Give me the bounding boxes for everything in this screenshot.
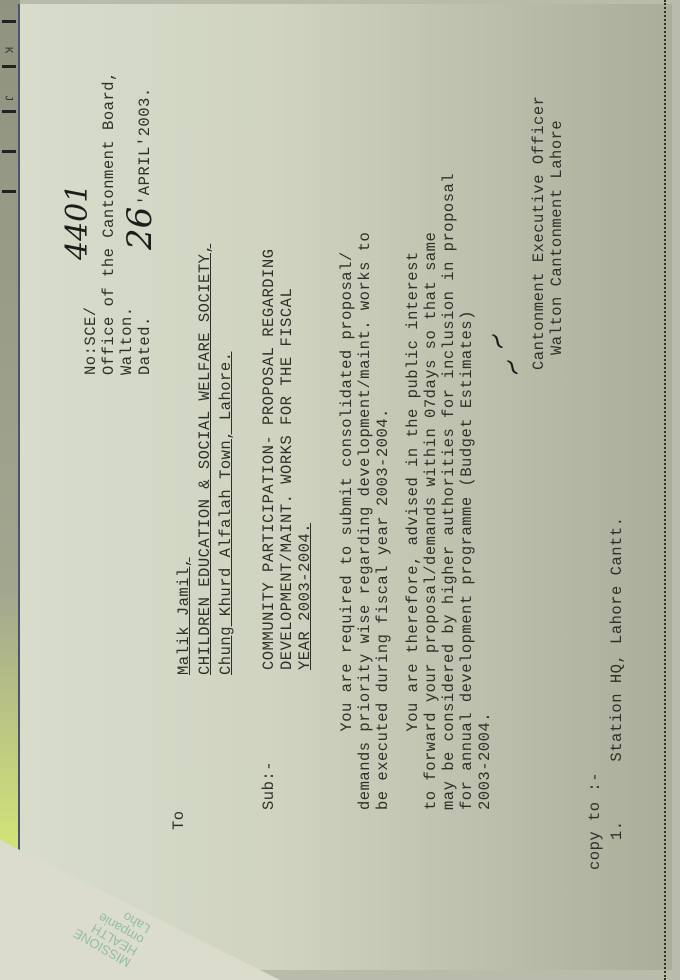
ruler-letter: J: [1, 95, 13, 102]
addressee-name: Malik Jamil,: [175, 557, 193, 675]
copy-to-label: copy to :-: [586, 772, 604, 870]
body-line: be executed during fiscal year 2003-2004…: [374, 408, 392, 810]
dated-label: Dated.: [136, 316, 154, 375]
subject-label: Sub:-: [260, 761, 278, 810]
subject-line: COMMUNITY PARTICIPATION- PROPOSAL REGARD…: [260, 249, 278, 670]
binder-edge: K J: [0, 0, 20, 980]
ruler-letter: K: [1, 47, 13, 54]
date-handwritten: 26: [120, 207, 160, 250]
subject-line: DEVELOPMENT/MAINT. WORKS FOR THE FISCAL: [278, 288, 296, 670]
copy-to-item: 1. Station HQ, Lahore Cantt.: [608, 517, 626, 840]
body-line: to forward your proposal/demands within …: [422, 232, 440, 810]
ref-no: No:SCE/: [82, 306, 100, 375]
body-line: may be considered by higher authorities …: [440, 173, 458, 810]
body-line: 2003-2004.: [476, 712, 494, 810]
to-label: To: [170, 810, 188, 830]
body-line: for annual development programme (Budget…: [458, 310, 476, 810]
signature-title: Cantonment Executive Officer: [530, 96, 548, 370]
body-line: demands priority wise regarding developm…: [356, 232, 374, 810]
letter-content: No:SCE/ 4401 Office of the Cantonment Bo…: [20, 20, 660, 950]
addressee-org: CHILDREN EDUCATION & SOCIAL WELFARE SOCI…: [196, 244, 214, 675]
signature-org: Walton Cantonment Lahore: [548, 120, 566, 355]
place: Walton.: [118, 306, 136, 375]
body-line: You are required to submit consolidated …: [338, 251, 356, 810]
addressee-address: Chung Khurd Alfalah Town, Lahore.: [217, 352, 235, 675]
date-typed: 'APRIL'2003.: [136, 87, 154, 205]
torn-edge: [660, 0, 666, 980]
body-line: You are therefore, advised in the public…: [404, 251, 422, 810]
signature-scribble: ~ ~: [479, 324, 531, 384]
office-line: Office of the Cantonment Board,: [100, 71, 118, 375]
ref-handwritten: 4401: [60, 184, 95, 260]
subject-line: YEAR 2003-2004.: [296, 523, 314, 670]
